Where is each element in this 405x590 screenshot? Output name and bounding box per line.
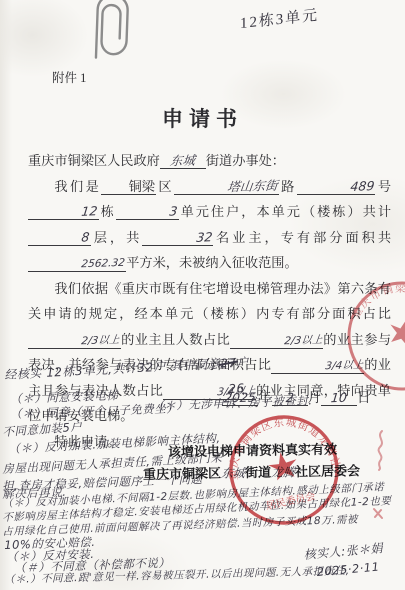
ratio-handwriting-1: 2/3以上 xyxy=(55,332,121,348)
ratio-blank-3: 3/4以上 xyxy=(271,358,364,374)
recipient-street-blank: 东城 xyxy=(160,154,206,169)
note-corrected-count: 26 xyxy=(228,381,245,396)
committee-prefix: 重庆市铜梁区 xyxy=(143,466,221,482)
floors-handwriting: 8 xyxy=(55,230,91,245)
note-households-suffix: 户 xyxy=(236,355,249,370)
day-label: 日 xyxy=(357,390,371,405)
street-blank: 塔山东街 xyxy=(174,180,279,195)
owners-blank: 32 xyxy=(142,231,213,246)
text-run: 区 xyxy=(156,179,174,194)
text-run: 平方米，未被纳入征收范围。 xyxy=(126,255,297,270)
text-run: 栋 xyxy=(99,204,116,219)
district-value: 铜梁 xyxy=(129,179,155,194)
unit-blank: 3 xyxy=(116,205,179,220)
recipient-suffix: 街道办事处： xyxy=(206,153,285,168)
scanned-application-document: 12栋3单元 附件 1 申请书 重庆市铜梁区人民政府东城街道办事处： 我们是铜梁… xyxy=(0,0,405,590)
text-run: 路 xyxy=(279,179,297,194)
paragraph-address: 我们是铜梁区塔山东街路489号12栋3单元住户，本单元（楼栋）共计8层，共32名… xyxy=(28,174,391,276)
ratio-blank-2: 2/3以上 xyxy=(230,333,323,349)
attachment-label: 附件 1 xyxy=(52,68,86,86)
area-blank: 2562.32 xyxy=(28,256,126,272)
committee-community-handwriting: 龙腾 xyxy=(270,463,296,480)
building-handwriting: 12 xyxy=(55,204,99,219)
committee-street-handwriting: 东城 xyxy=(220,464,246,481)
floors-blank: 8 xyxy=(28,231,91,246)
day-blank: 10 xyxy=(321,391,357,406)
number-handwriting: 489 xyxy=(323,179,375,195)
recipient-line: 重庆市铜梁区人民政府东城街道办事处： xyxy=(28,148,391,174)
ratio-handwriting-2: 2/3以上 xyxy=(257,332,323,348)
text-run: 我们是 xyxy=(54,179,101,194)
district-blank: 铜梁 xyxy=(101,180,156,195)
text-run: 名业主，专有部分面积共 xyxy=(213,230,391,245)
note-crossed-number: 27 xyxy=(220,356,237,371)
owners-handwriting: 32 xyxy=(169,230,213,245)
ratio-handwriting-3: 3/4以上 xyxy=(298,358,364,374)
document-title: 申请书 xyxy=(0,103,405,133)
area-handwriting: 2562.32 xyxy=(55,256,127,272)
ratio-blank-1: 2/3以上 xyxy=(28,333,121,349)
text-run: 号 xyxy=(375,179,391,194)
building-blank: 12 xyxy=(28,205,99,220)
overlay-committee-line: 重庆市铜梁区东城街道龙腾社区居委会 xyxy=(143,460,360,483)
committee-street-label: 街道 xyxy=(245,465,271,480)
recipient-prefix: 重庆市铜梁区人民政府 xyxy=(28,153,160,168)
text-run: 我们依据《重庆市既有住宅增设电梯管理办法》第六条有关申请的规定，经本单元（楼栋）… xyxy=(28,281,391,322)
number-blank: 489 xyxy=(297,180,376,195)
text-run: 单元住户，本单元（楼栋）共计 xyxy=(179,204,391,219)
unit-handwriting: 3 xyxy=(142,204,178,219)
text-run: 层，共 xyxy=(91,230,143,245)
text-run: 的业主且人数占比 xyxy=(121,332,230,347)
overlay-validity-statement: 该增设电梯申请资料真实有效 xyxy=(168,439,337,461)
street-handwriting: 塔山东街 xyxy=(200,178,278,195)
corner-handwritten-note: 12栋3单元 xyxy=(240,4,319,33)
day-handwriting: 10 xyxy=(330,391,347,406)
paperclip-icon xyxy=(83,0,133,65)
committee-suffix: 社区居委会 xyxy=(295,463,360,479)
note-verify-date: 2025·2·11 xyxy=(316,560,380,579)
recipient-street-handwriting: 东城 xyxy=(170,154,197,169)
